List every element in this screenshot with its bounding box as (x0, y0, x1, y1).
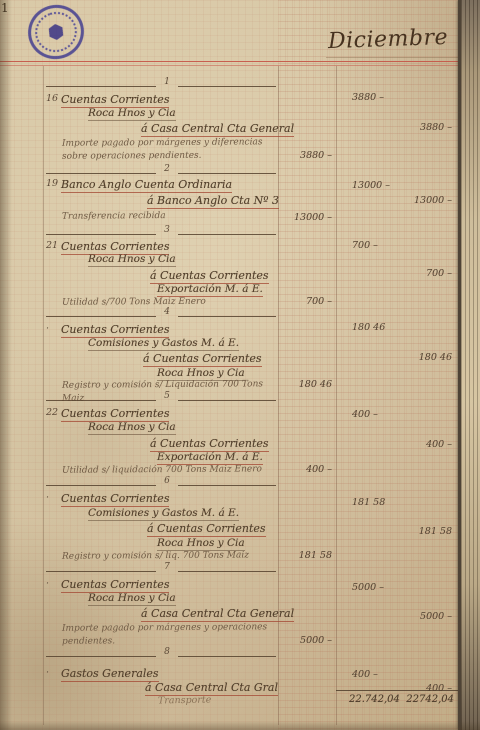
entry-day: 19 (46, 178, 58, 189)
debit-subaccount: Comisiones y Gastos M. á E. (88, 337, 239, 351)
entry-number: 1 (156, 77, 178, 87)
entry-day: · (46, 578, 49, 589)
header-rule (0, 61, 461, 66)
entry-day: 21 (46, 240, 58, 251)
debit-subaccount: Roca Hnos y Cia (88, 592, 176, 606)
debit-amount: 3880 – (352, 92, 384, 103)
entry-day: · (46, 492, 49, 503)
credit-account: á Casa Central Cta General (141, 607, 294, 622)
debit-account: Cuentas Corrientes (61, 578, 169, 593)
debit-subaccount: Roca Hnos y Cia (88, 253, 176, 267)
entry-number: 2 (156, 164, 178, 174)
credit-amount: 700 – (426, 268, 452, 279)
carry-forward-label: Transporte (158, 695, 212, 707)
journal-entry: 1 16 Cuentas Corrientes Roca Hnos y Cia … (0, 85, 480, 172)
entry-number: 6 (156, 476, 178, 486)
journal-entry: 8 · Gastos Generales á Casa Central Cta … (0, 655, 480, 690)
journal-entry: 4 · Cuentas Corrientes Comisiones y Gast… (0, 315, 480, 398)
bottom-edge-shadow (0, 721, 480, 730)
debit-amount: 181 58 (352, 497, 385, 508)
credit-total: 22742,04 (406, 694, 454, 705)
journal-entry: 5 22 Cuentas Corrientes Roca Hnos y Cia … (0, 399, 480, 483)
credit-account: á Casa Central Cta Gral (145, 681, 278, 696)
debit-total: 22.742,04 (349, 694, 400, 705)
entry-day: · (46, 667, 49, 678)
credit-account: á Cuentas Corrientes (143, 352, 262, 367)
totals-rule (336, 690, 462, 691)
entry-number: 5 (156, 391, 178, 401)
debit-account: Cuentas Corrientes (61, 492, 169, 507)
credit-account: á Casa Central Cta General (141, 122, 294, 137)
month-heading: Diciembre (328, 25, 449, 54)
entry-separator: 1 (46, 81, 276, 91)
credit-amount: 181 58 (419, 526, 452, 537)
entry-detail: Transferencia recibida (62, 209, 277, 224)
credit-account: á Cuentas Corrientes (150, 437, 269, 452)
credit-amount: 5000 – (420, 611, 452, 622)
journal-entry: 3 21 Cuentas Corrientes Roca Hnos y Cia … (0, 233, 480, 315)
credit-amount: 400 – (426, 683, 452, 694)
detail-amount: 180 46 (299, 379, 332, 390)
detail-amount: 5000 – (300, 635, 332, 646)
detail-amount: 400 – (306, 464, 332, 475)
detail-amount: 3880 – (300, 150, 332, 161)
entry-day: · (46, 323, 49, 334)
debit-amount: 700 – (352, 240, 378, 251)
credit-amount: 180 46 (419, 352, 452, 363)
debit-account: Gastos Generales (61, 667, 159, 682)
entry-number: 4 (156, 307, 178, 317)
entry-separator: 7 (46, 566, 276, 576)
journal-entry: 6 · Cuentas Corrientes Comisiones y Gast… (0, 484, 480, 568)
debit-account: Cuentas Corrientes (61, 93, 169, 108)
ink-stamp-icon (21, 0, 91, 66)
debit-amount: 5000 – (352, 582, 384, 593)
journal-entry: 7 · Cuentas Corrientes Roca Hnos y Cia á… (0, 570, 480, 655)
detail-amount: 13000 – (294, 212, 332, 223)
entry-detail: Importe pagado por márgenes y diferencia… (62, 136, 277, 164)
debit-account: Cuentas Corrientes (61, 323, 169, 338)
debit-account: Cuentas Corrientes (61, 407, 169, 422)
entry-day: 22 (46, 407, 58, 418)
entry-number: 8 (156, 647, 178, 657)
debit-account: Banco Anglo Cuenta Ordinaria (61, 178, 232, 193)
month-underline (326, 57, 458, 58)
credit-amount: 400 – (426, 439, 452, 450)
detail-amount: 181 58 (299, 550, 332, 561)
debit-subaccount: Comisiones y Gastos M. á E. (88, 507, 239, 521)
detail-amount: 700 – (306, 296, 332, 307)
entry-number: 7 (156, 562, 178, 572)
entry-separator: 6 (46, 480, 276, 490)
ledger-page: 1 Diciembre 1 16 Cuentas Corrientes Roca… (0, 0, 480, 730)
entry-separator: 5 (46, 395, 276, 405)
credit-account: á Banco Anglo Cta Nº 3 (147, 194, 279, 209)
credit-amount: 3880 – (420, 122, 452, 133)
entry-separator: 8 (46, 651, 276, 661)
debit-amount: 400 – (352, 409, 378, 420)
debit-amount: 400 – (352, 669, 378, 680)
debit-amount: 180 46 (352, 322, 385, 333)
debit-subaccount: Roca Hnos y Cia (88, 107, 176, 121)
binding-shadow (0, 0, 12, 730)
credit-amount: 13000 – (414, 195, 452, 206)
entry-detail: Importe pagado por márgenes y operacione… (62, 621, 277, 649)
book-page-edges (461, 0, 480, 730)
entry-day: 16 (46, 93, 58, 104)
journal-entry: 2 19 Banco Anglo Cuenta Ordinaria á Banc… (0, 172, 480, 233)
debit-subaccount: Roca Hnos y Cia (88, 421, 176, 435)
debit-amount: 13000 – (352, 180, 390, 191)
credit-account: á Cuentas Corrientes (147, 522, 266, 537)
entry-separator: 3 (46, 229, 276, 239)
entry-separator: 4 (46, 311, 276, 321)
credit-account: á Cuentas Corrientes (150, 269, 269, 284)
entry-separator: 2 (46, 168, 276, 178)
entry-number: 3 (156, 225, 178, 235)
